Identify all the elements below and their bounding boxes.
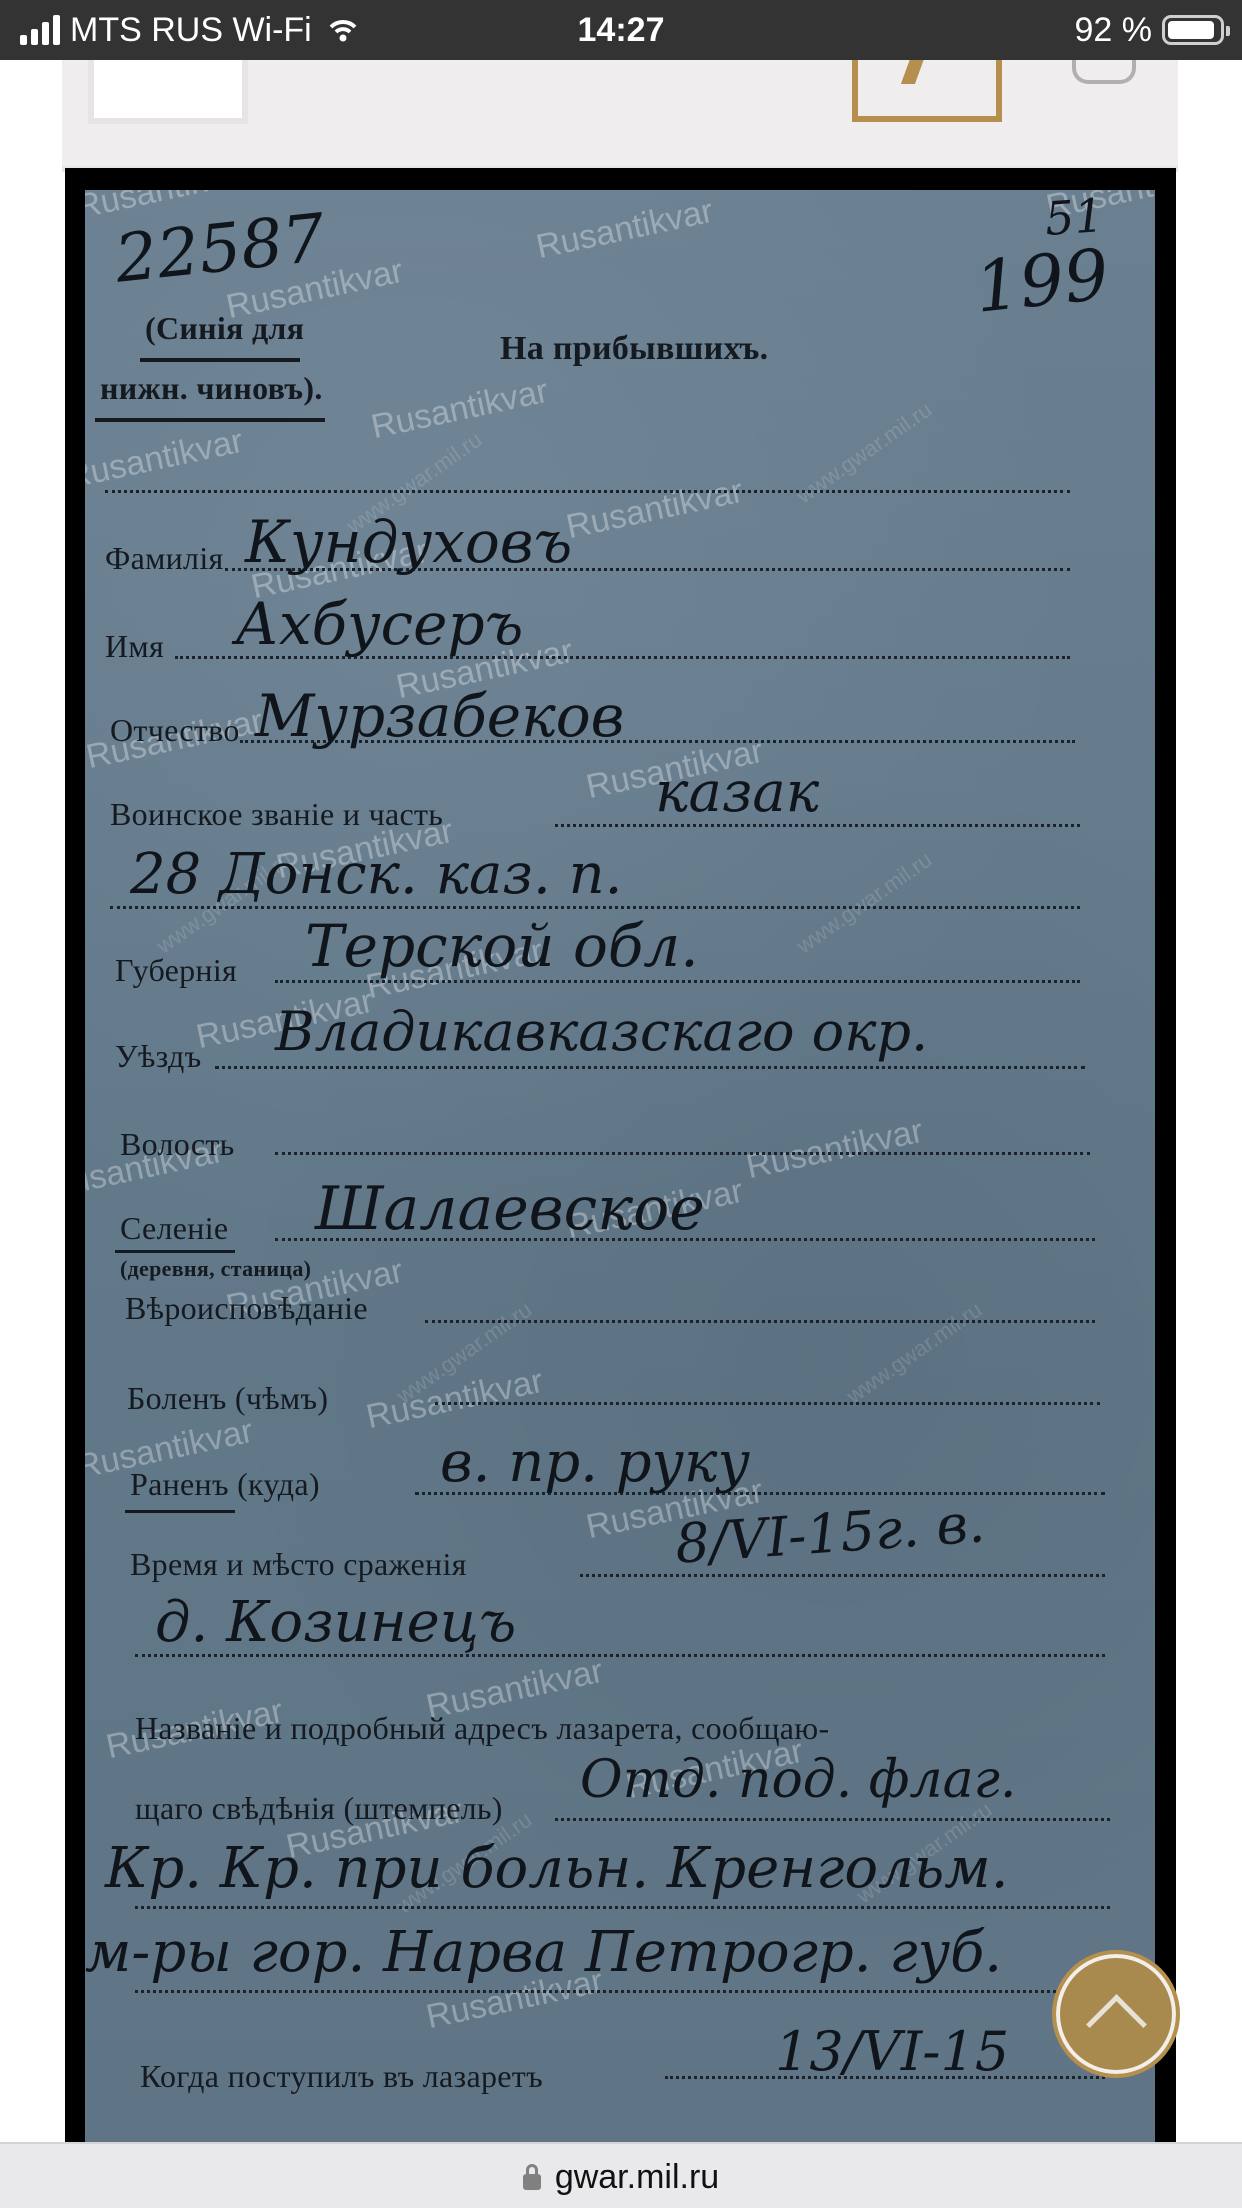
dotted-line: [275, 980, 1080, 983]
scroll-to-top-button[interactable]: [1052, 1950, 1180, 2078]
watermark: Rusantikvar: [563, 472, 747, 547]
watermark: Rusantikvar: [368, 372, 552, 447]
field-value-patronymic: Мурзабеков: [255, 682, 624, 750]
page-gutter: [0, 60, 62, 2142]
archive-card-image: Rusantikvar Rusantikvar Rusantikvar Rusa…: [85, 190, 1155, 2150]
field-label-hospital-2: щаго свѣдѣнія (штемпель): [135, 1790, 503, 1827]
dotted-line: [275, 1152, 1090, 1155]
field-label-wound: Раненъ (куда): [130, 1466, 320, 1503]
battery-cap: [1226, 26, 1230, 36]
field-value-district: Владикавказскаго окр.: [275, 1000, 928, 1063]
site-header: [62, 60, 1178, 172]
dotted-line: [135, 1906, 1110, 1909]
bookmark-ribbon-icon: [901, 56, 925, 84]
underline: [95, 418, 325, 422]
sheet-number-alt: 51: [1043, 190, 1105, 246]
watermark: Rusantikvar: [743, 1112, 927, 1187]
field-label-battle: Время и мѣсто сраженія: [130, 1546, 467, 1583]
battery-level: [1168, 21, 1214, 39]
dotted-line: [425, 1320, 1095, 1323]
archive-number: 22587: [112, 199, 329, 298]
form-title: На прибывшихъ.: [500, 330, 768, 368]
field-label-religion: Вѣроисповѣданіе: [125, 1290, 368, 1327]
field-label-surname: Фамилія: [105, 540, 224, 577]
field-label-village: Селеніе: [120, 1210, 228, 1247]
field-label-province: Губернія: [115, 952, 237, 989]
lock-icon: [523, 2164, 541, 2190]
clock: 14:27: [0, 8, 1242, 52]
url-domain[interactable]: gwar.mil.ru: [555, 2158, 719, 2197]
dotted-line: [555, 1818, 1110, 1821]
field-value-hospital-2: Кр. Кр. при больн. Кренгольм.: [105, 1836, 1009, 1901]
field-value-wound: в. пр. руку: [440, 1430, 750, 1495]
watermark: Rusantikvar: [533, 192, 717, 267]
underline: [140, 358, 300, 362]
url-bar[interactable]: gwar.mil.ru: [0, 2142, 1242, 2208]
bookmark-button[interactable]: [852, 60, 1002, 122]
field-label-patronymic: Отчество: [110, 712, 240, 749]
dotted-line: [435, 1402, 1100, 1405]
watermark-url: www.gwar.mil.ru: [792, 847, 937, 959]
field-label-name: Имя: [105, 628, 164, 665]
dotted-line: [105, 490, 1070, 493]
field-value-name: Ахбусеръ: [235, 590, 523, 658]
watermark-url: www.gwar.mil.ru: [392, 1297, 537, 1409]
battery-percent: 92 %: [1075, 11, 1153, 50]
dotted-line: [135, 1990, 1110, 1993]
battery-icon: [1162, 15, 1224, 45]
field-value-admission: 13/VI-15: [775, 2020, 1009, 2083]
dotted-line: [215, 1066, 1085, 1069]
chevron-up-icon: [1086, 1994, 1147, 2055]
underline: [115, 1250, 235, 1253]
document-viewer[interactable]: Rusantikvar Rusantikvar Rusantikvar Rusa…: [65, 168, 1176, 2142]
field-label-admission: Когда поступилъ въ лазаретъ: [140, 2058, 543, 2095]
underline: [125, 1510, 235, 1513]
page-gutter: [1178, 60, 1242, 2142]
field-value-surname: Кундуховъ: [245, 508, 572, 576]
field-value-unit: 28 Донск. каз. п.: [130, 842, 622, 907]
field-label-district: Уѣздъ: [115, 1038, 201, 1075]
field-value-province: Терской обл.: [305, 912, 699, 980]
dotted-line: [580, 1574, 1105, 1577]
field-value-rank: казак: [655, 760, 819, 825]
status-right: 92 %: [1075, 8, 1225, 52]
field-label-hospital: Названіе и подробный адресъ лазарета, со…: [135, 1710, 829, 1747]
site-logo[interactable]: [88, 60, 248, 124]
field-value-battle-place: д. Козинецъ: [155, 1590, 516, 1655]
field-label-volost: Волость: [120, 1126, 235, 1163]
field-value-hospital-1: Отд. под. флаг.: [580, 1750, 1016, 1810]
watermark-url: www.gwar.mil.ru: [842, 1297, 987, 1409]
field-value-battle-date: 8/VI-15г. в.: [673, 1491, 987, 1575]
field-label-illness: Боленъ (чѣмъ): [127, 1380, 328, 1417]
watermark: Rusantikvar: [363, 1362, 547, 1437]
status-bar: MTS RUS Wi-Fi 14:27 92 %: [0, 0, 1242, 60]
field-label-rank: Воинское званіе и часть: [110, 796, 443, 833]
watermark: Rusantikvar: [85, 422, 247, 497]
field-value-hospital-3: м-ры гор. Нарва Петрогр. губ.: [85, 1920, 1002, 1985]
form-type-line1: (Синія для: [145, 310, 304, 347]
field-value-village: Шалаевское: [315, 1174, 705, 1244]
sheet-number: 199: [971, 233, 1112, 329]
field-sublabel-village: (деревня, станица): [120, 1256, 311, 1282]
form-type-line2: нижн. чиновъ).: [100, 370, 323, 407]
